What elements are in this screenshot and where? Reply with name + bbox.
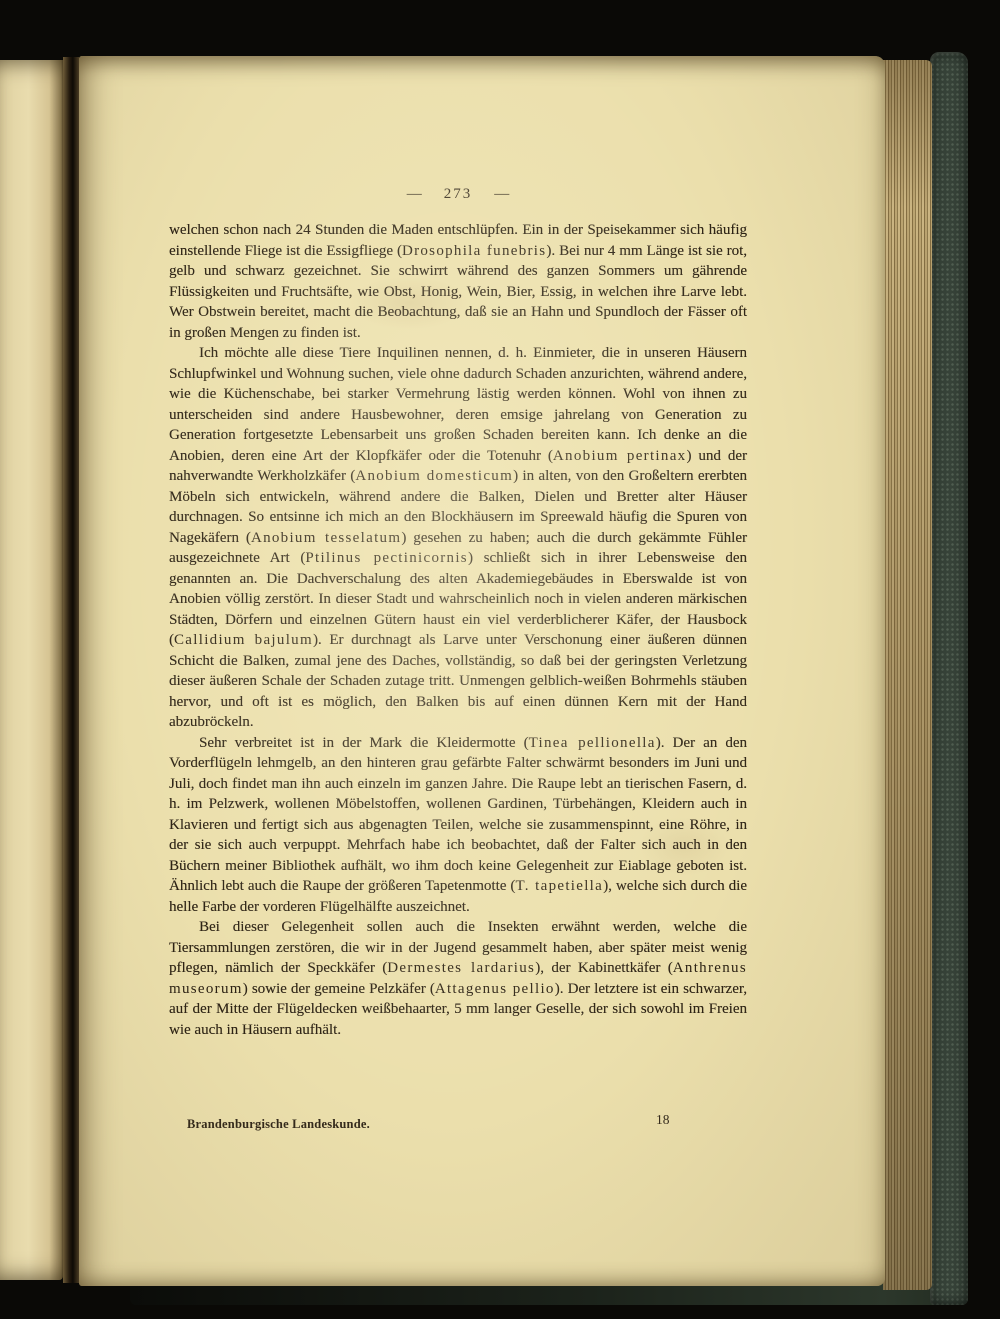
dash-left: — <box>407 186 422 203</box>
paragraph: Ich möchte alle diese Tiere Inquilinen n… <box>169 343 747 733</box>
footer-signature: Brandenburgische Landeskunde. <box>187 1117 370 1132</box>
text-run: Sehr verbreitet ist in der Mark die Klei… <box>199 735 529 751</box>
paragraph: welchen schon nach 24 Stunden die Maden … <box>169 220 747 343</box>
paragraph: Bei dieser Gelegenheit sollen auch die I… <box>169 917 747 1040</box>
text-run: ) sowie der gemeine Pelzkäfer ( <box>243 981 435 997</box>
latin-species-name: Anobium domesticum <box>355 468 513 484</box>
latin-species-name: Ptilinus pectinicornis <box>305 550 468 566</box>
text-run: ), der Kabinettkäfer ( <box>535 960 673 976</box>
page-fore-edge-stack <box>883 60 932 1290</box>
latin-species-name: Dermestes lardarius <box>387 960 535 976</box>
latin-species-name: Anobium tesselatum <box>251 530 401 546</box>
page-number: 273 <box>444 186 473 203</box>
book-cover-right-board <box>930 52 968 1305</box>
latin-species-name: Tinea pellionella <box>529 735 656 751</box>
page-text: welchen schon nach 24 Stunden die Maden … <box>169 220 747 1040</box>
page-number-line: — 273 — <box>169 186 747 203</box>
book-gutter <box>63 57 79 1283</box>
text-run: Ich möchte alle diese Tiere Inquilinen n… <box>169 345 747 464</box>
book-scan-photo: — 273 — welchen schon nach 24 Stunden di… <box>0 0 1000 1319</box>
facing-page-edge <box>0 60 63 1280</box>
footer-sheet-number: 18 <box>656 1112 670 1128</box>
latin-species-name: Drosophila funebris <box>402 243 546 259</box>
latin-species-name: Callidium bajulum <box>174 632 313 648</box>
page-footer: Brandenburgische Landeskunde. 18 <box>169 1112 747 1134</box>
book-page: — 273 — welchen schon nach 24 Stunden di… <box>79 56 885 1286</box>
dash-right: — <box>494 186 509 203</box>
text-run: ). Der an den Vorderflügeln lehmgelb, an… <box>169 735 747 895</box>
latin-species-name: Attagenus pellio <box>435 981 555 997</box>
paragraph: Sehr verbreitet ist in der Mark die Klei… <box>169 733 747 918</box>
latin-species-name: T. tapetiella <box>515 878 603 894</box>
latin-species-name: Anobium pertinax <box>553 448 687 464</box>
